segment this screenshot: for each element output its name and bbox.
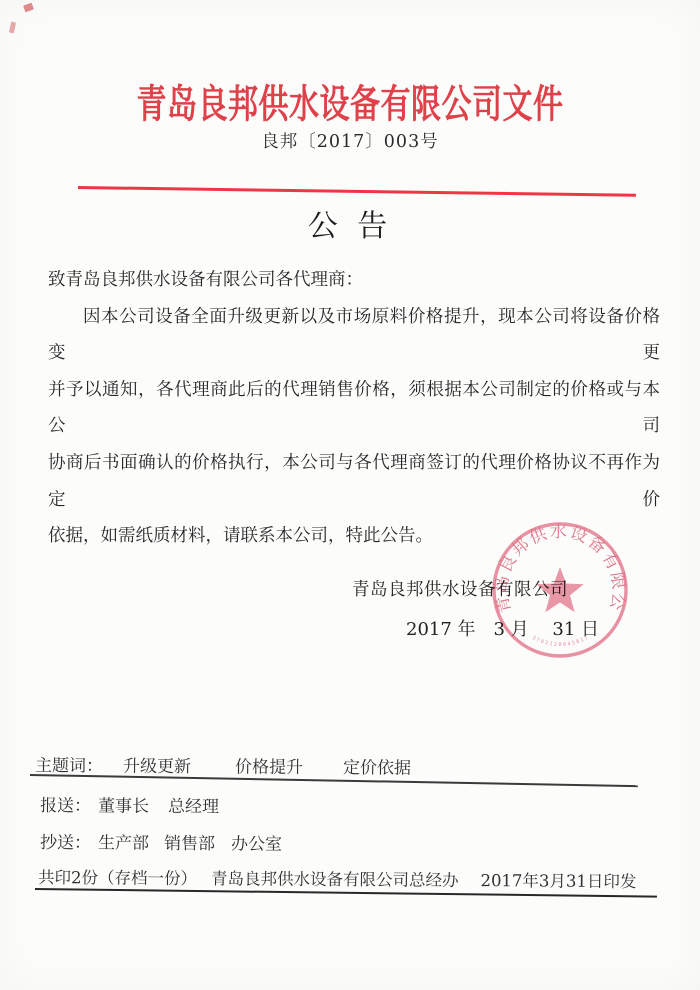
submit-recipient: 董事长 [98,791,149,816]
submit-label: 报送： [40,791,91,816]
document-footer: 主题词： 升级更新价格提升定价依据 报送： 董事长总经理 抄送： 生产部销售部办… [0,0,700,990]
keyword-item: 定价依据 [343,753,411,778]
submit-row: 报送： 董事长总经理 [40,791,219,817]
copy-row: 抄送： 生产部销售部办公室 [40,828,282,855]
print-date: 2017年3月31日印发 [480,867,636,892]
keyword-item: 价格提升 [235,752,303,777]
print-office: 青岛良邦供水设备有限公司总经办 [211,865,459,891]
official-document-page: 青岛良邦供水设备有限公司文件 良邦〔2017〕003号 公 告 致青岛良邦供水设… [0,0,700,990]
copy-recipient: 销售部 [164,829,215,854]
print-info-row: 共印2份（存档一份） 青岛良邦供水设备有限公司总经办 2017年3月31日印发 [38,864,637,892]
keyword-item: 升级更新 [123,752,191,777]
keywords-label: 主题词： [35,751,103,776]
copy-label: 抄送： [40,828,91,853]
copy-recipient: 生产部 [98,828,149,853]
print-copies: 共印2份（存档一份） [38,864,197,889]
submit-recipient: 总经理 [168,792,219,817]
copy-recipient: 办公室 [231,829,282,854]
